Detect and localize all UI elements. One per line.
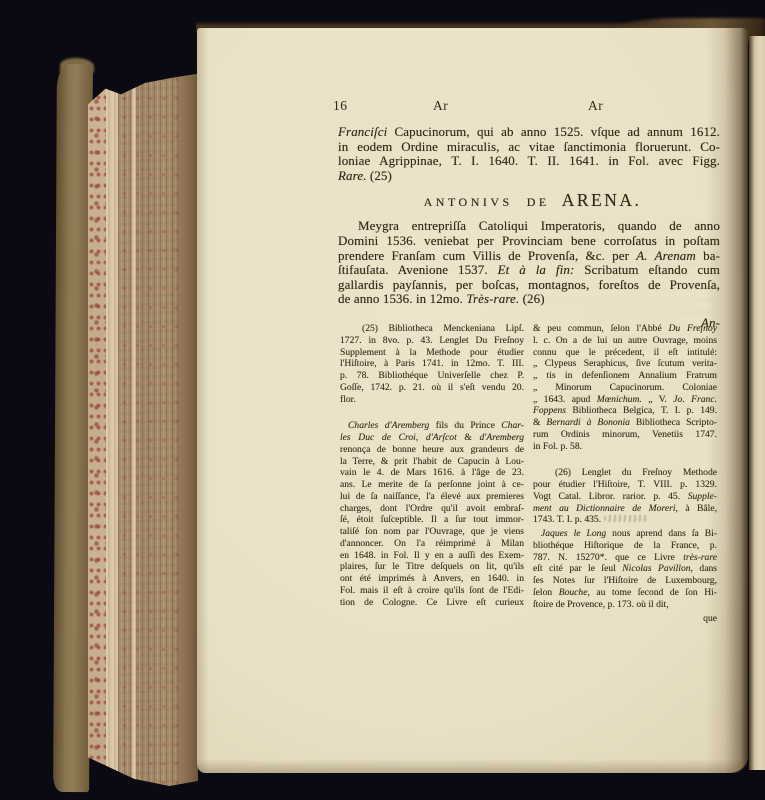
footnote-column-right: & peu commun, ſelon l'Abbé Du Freſnoyl. … [533,323,717,625]
edge-shadow-strip [180,70,198,786]
main-text-block: Franciſci Capucinorum, qui ab anno 1525.… [338,125,720,331]
next-page-sliver [749,36,765,770]
running-head-left: Ar [433,98,448,114]
faded-ink-annotation [604,515,648,522]
footnote-25-continuation: & peu commun, ſelon l'Abbé Du Freſnoyl. … [533,323,717,452]
page-left-shadow [197,28,209,773]
fore-edge-page-stack [88,70,198,786]
entry-continuation-paragraph: Franciſci Capucinorum, qui ab anno 1525.… [338,125,720,183]
running-head-right: Ar [588,98,603,114]
book-cover-edge [53,64,93,792]
footnote-26: (26) Lenglet du Freſnoy Methodepour étud… [533,467,717,526]
page-bottom-shadow [197,759,748,773]
footnotes-block: (25) Bibliotheca Menckeniana Lipſ.1727. … [340,323,720,625]
bottom-right-shadow-blob [688,746,762,776]
heading-word: ANTONIVS [424,195,513,210]
running-head: 16 Ar Ar [338,98,720,114]
book-page: 16 Ar Ar Franciſci Capucinorum, qui ab a… [197,28,748,773]
footnote-aremberg-note: Charles d'Aremberg fils du Prince Char-l… [340,420,524,608]
page-number: 16 [333,98,348,114]
entry-paragraph: Meygra entrepriſſa Catoliqui Imperatoris… [338,219,720,307]
footnote-catchword: que [533,613,717,625]
entry-heading: ANTONIVS DE ARENA. [338,193,720,214]
cream-edge-strip [106,70,118,786]
marbled-edge-strip [88,70,106,786]
footnote-25: (25) Bibliotheca Menckeniana Lipſ.1727. … [340,323,524,405]
edge-highlight-strip [132,70,136,786]
book-scan-scene: 16 Ar Ar Franciſci Capucinorum, qui ab a… [0,0,765,800]
fiber-edge-strip [118,70,180,786]
heading-word: ARENA. [562,193,642,208]
footnote-column-left: (25) Bibliotheca Menckeniana Lipſ.1727. … [340,323,524,625]
heading-word: DE [527,195,550,210]
footnote-lelong-note: Jaques le Long nous aprend dans ſa Bi-bl… [533,528,717,610]
